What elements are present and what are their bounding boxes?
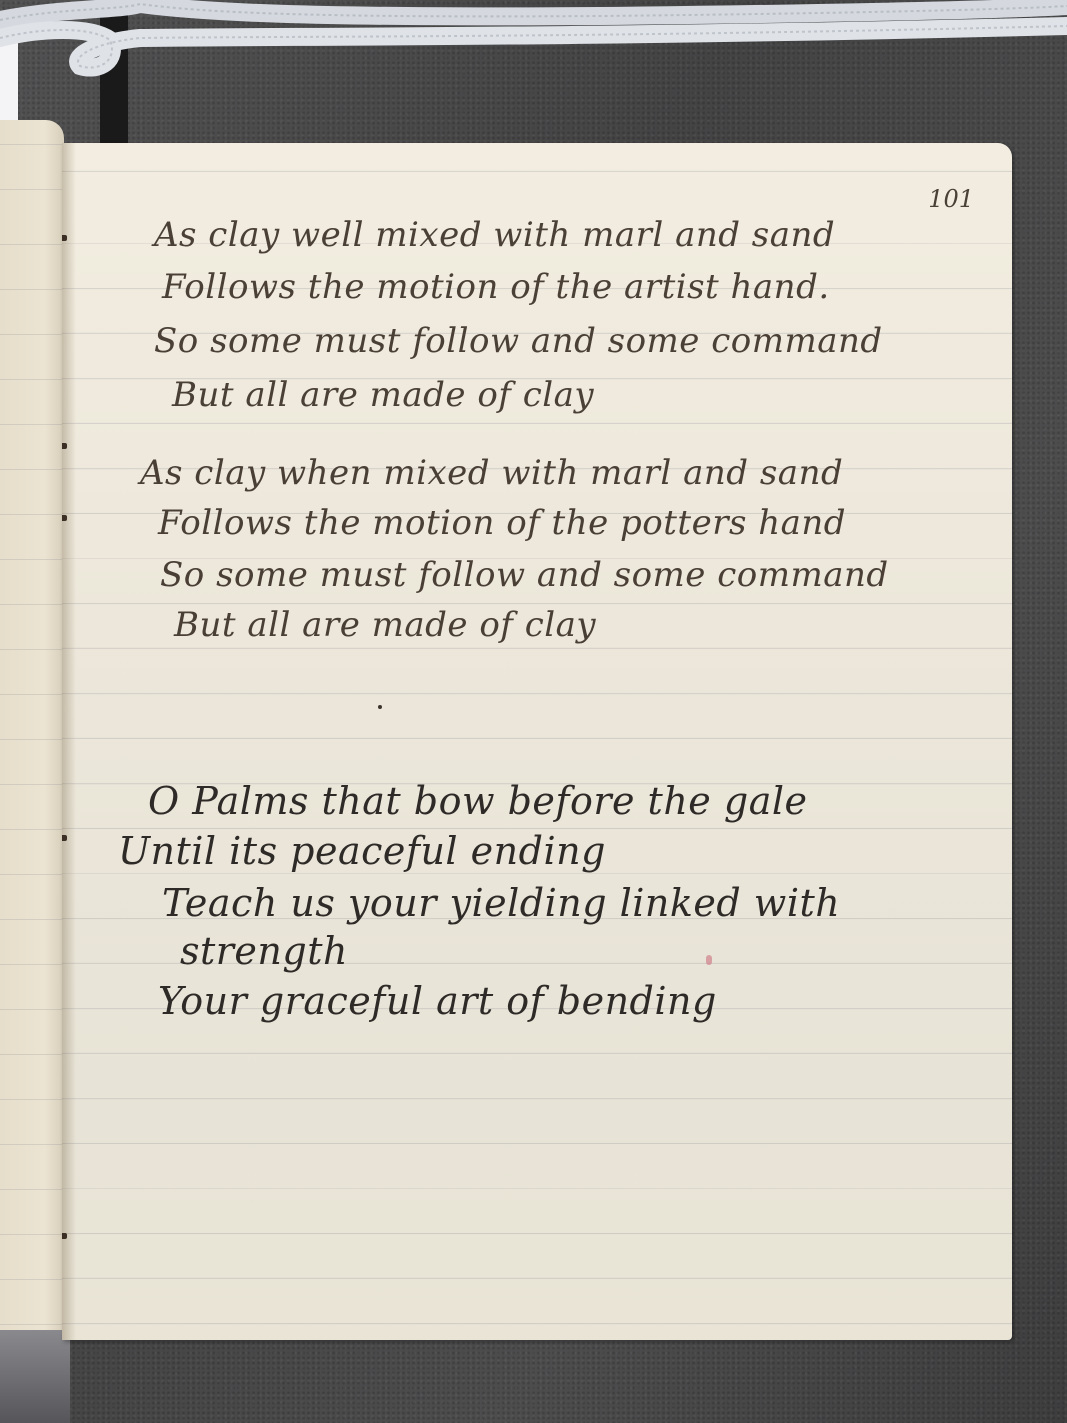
verse-line: As clay well mixed with marl and sand [154, 215, 835, 255]
verse-line: Until its peaceful ending [118, 829, 606, 873]
verse-line: Your graceful art of bending [158, 979, 717, 1023]
binding-stitch [62, 443, 67, 449]
verse-line: But all are made of clay [172, 375, 594, 415]
verse-line: As clay when mixed with marl and sand [140, 453, 843, 493]
verse-line: So some must follow and some command [160, 555, 889, 595]
ink-dot [378, 705, 382, 709]
binding-stitch [62, 1233, 67, 1239]
binding-stitch [62, 515, 67, 521]
left-page-shadow [0, 1330, 70, 1423]
binding-stitch [62, 835, 67, 841]
verse-line: But all are made of clay [174, 605, 596, 645]
facing-page-left [0, 120, 64, 1390]
verse-line: O Palms that bow before the gale [148, 779, 808, 823]
notebook-page: 101 As clay well mixed with marl and san… [62, 143, 1012, 1340]
binding-stitch [62, 235, 67, 241]
verse-line: strength [180, 929, 348, 973]
book-weight-cords [0, 0, 1067, 90]
verse-line: Follows the motion of the potters hand [158, 503, 846, 543]
binding-gutter [62, 143, 76, 1340]
verse-line: So some must follow and some command [154, 321, 883, 361]
red-ink-mark [706, 955, 712, 965]
verse-line: Teach us your yielding linked with [162, 881, 840, 925]
verse-line: Follows the motion of the artist hand. [162, 267, 830, 307]
page-number: 101 [928, 185, 974, 213]
